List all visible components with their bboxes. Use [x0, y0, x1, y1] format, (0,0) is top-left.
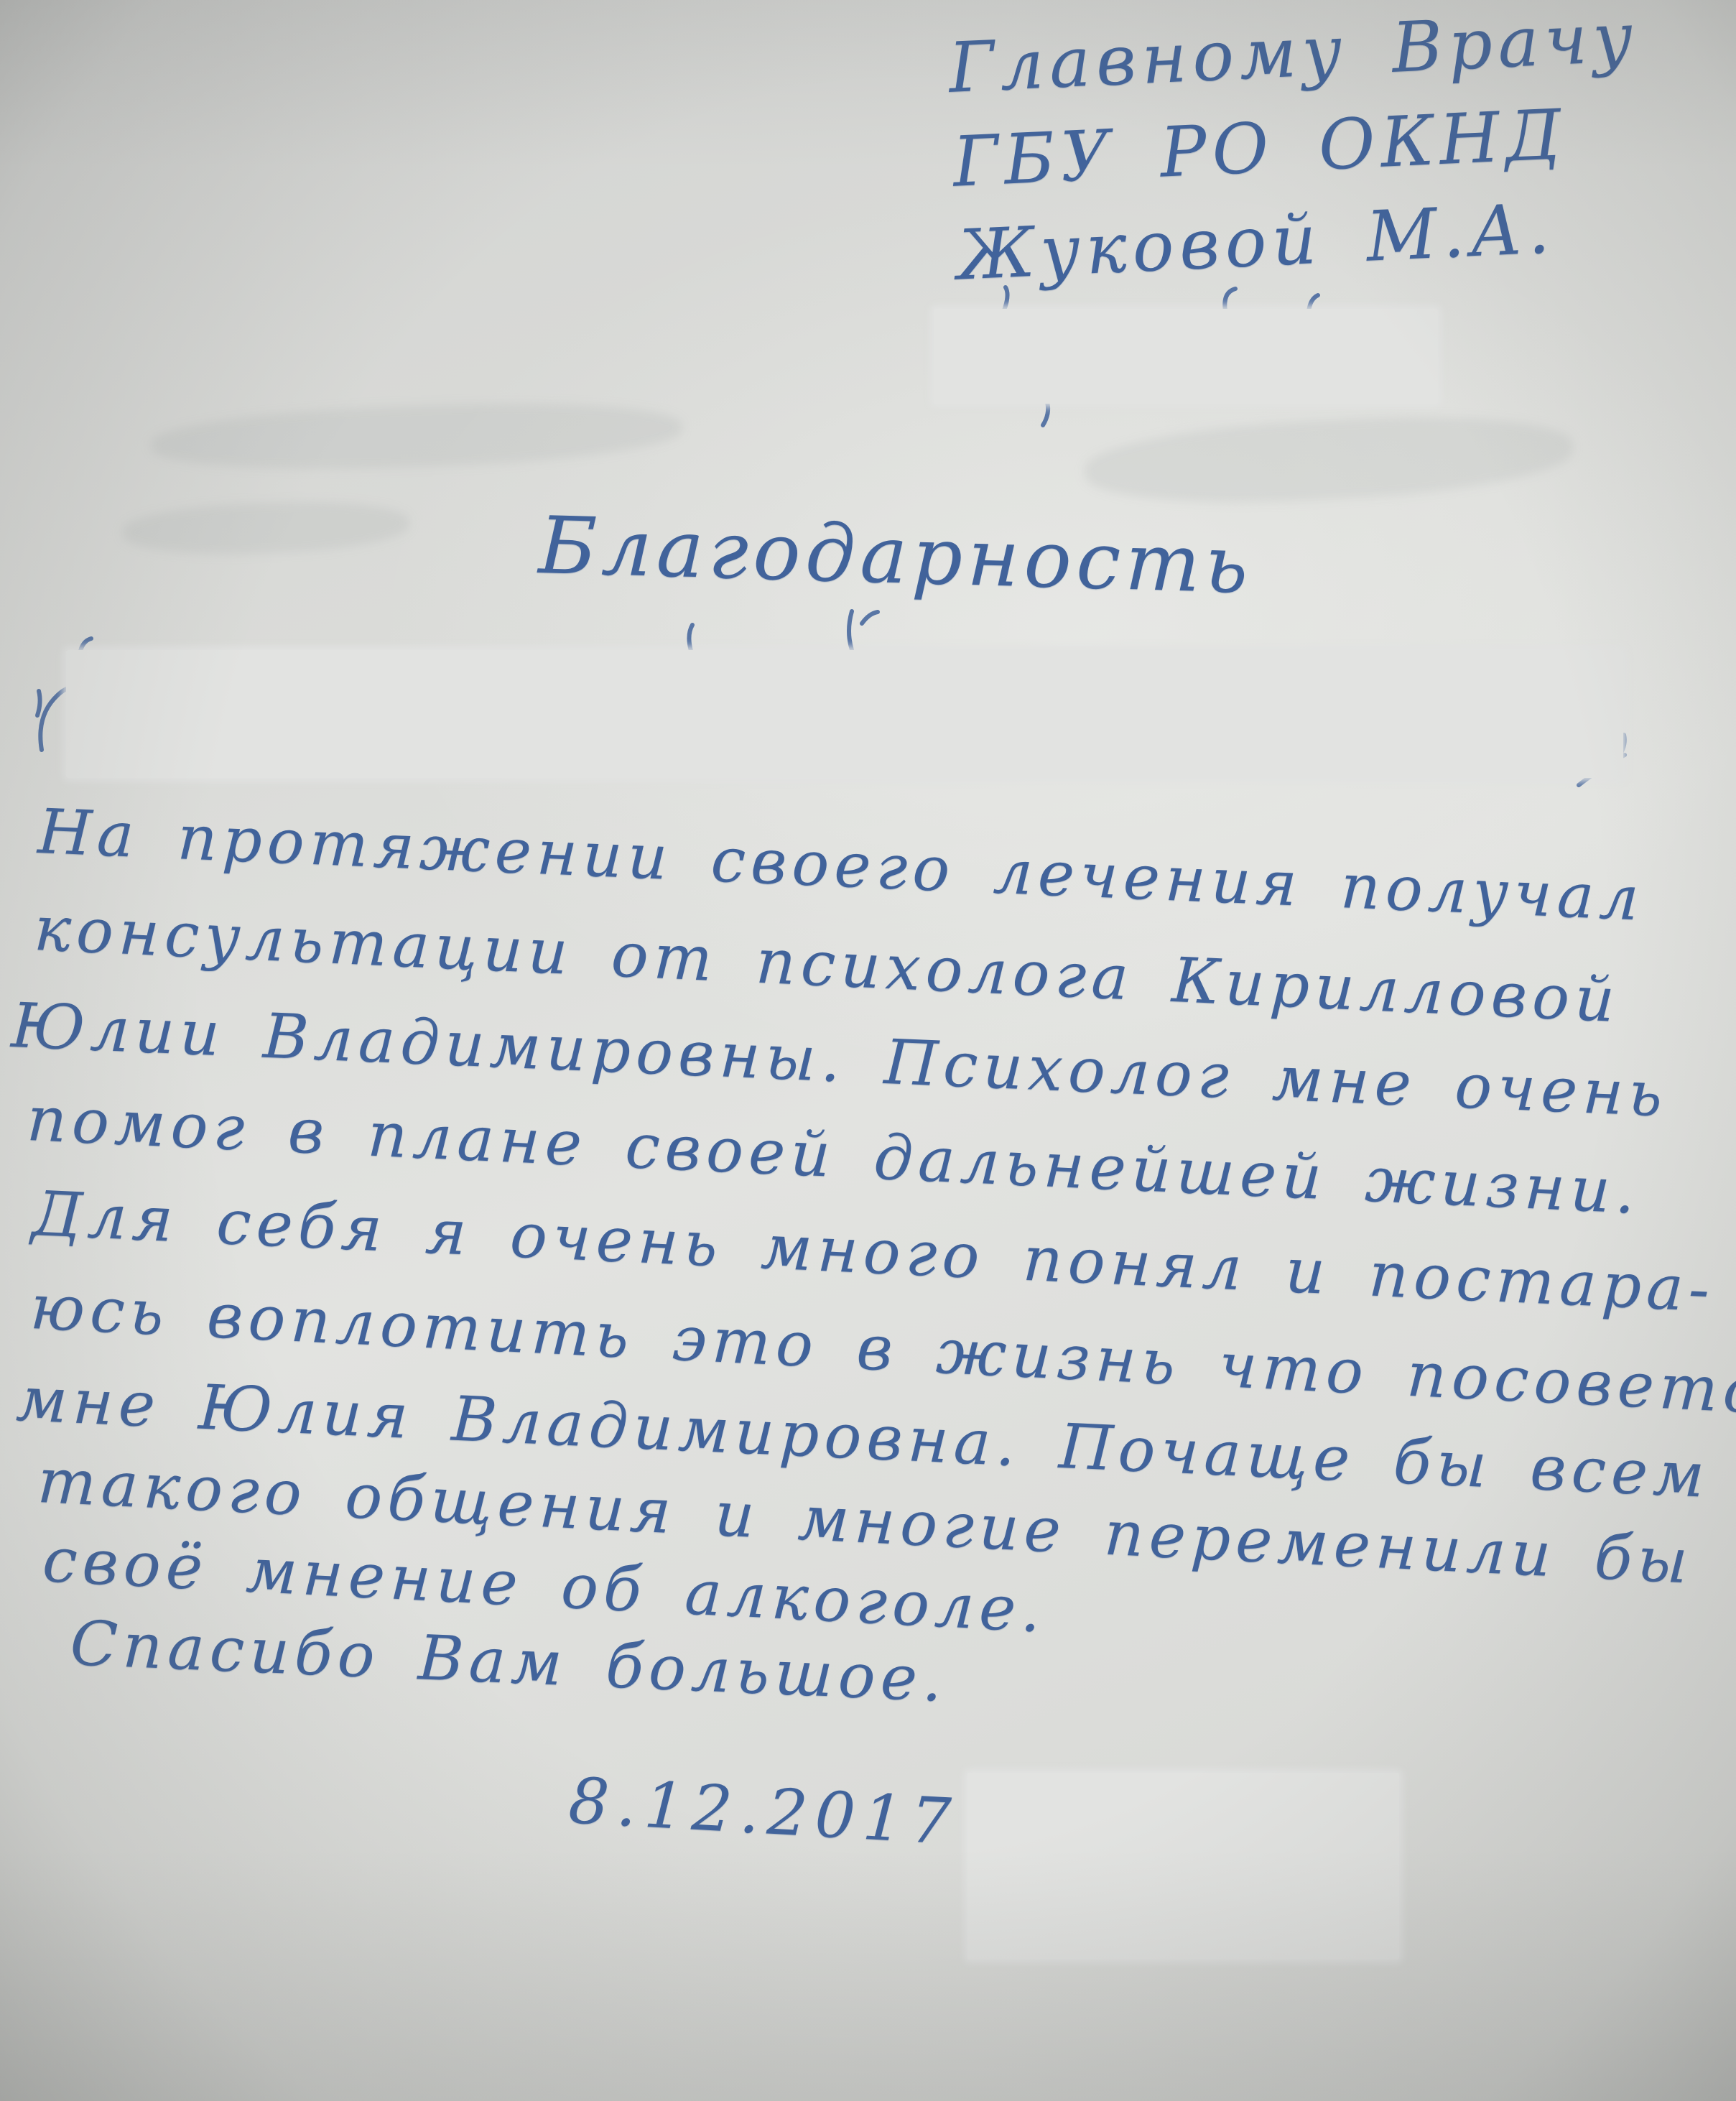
letter-title: Благодарность [537, 499, 1253, 611]
redaction-block-recipient [934, 309, 1438, 404]
ghost-ink-smudge [1083, 407, 1575, 511]
ghost-ink-smudge [150, 396, 684, 476]
redaction-block-signature [967, 1773, 1399, 1959]
letter-page: Главному Врачу ГБУ РО ОКНД Жуковой М.А. … [0, 0, 1736, 2101]
ghost-ink-smudge [121, 498, 410, 558]
letter-header: Главному Врачу ГБУ РО ОКНД Жуковой М.А. [947, 0, 1649, 302]
redaction-block-body-first-line [66, 650, 1623, 778]
